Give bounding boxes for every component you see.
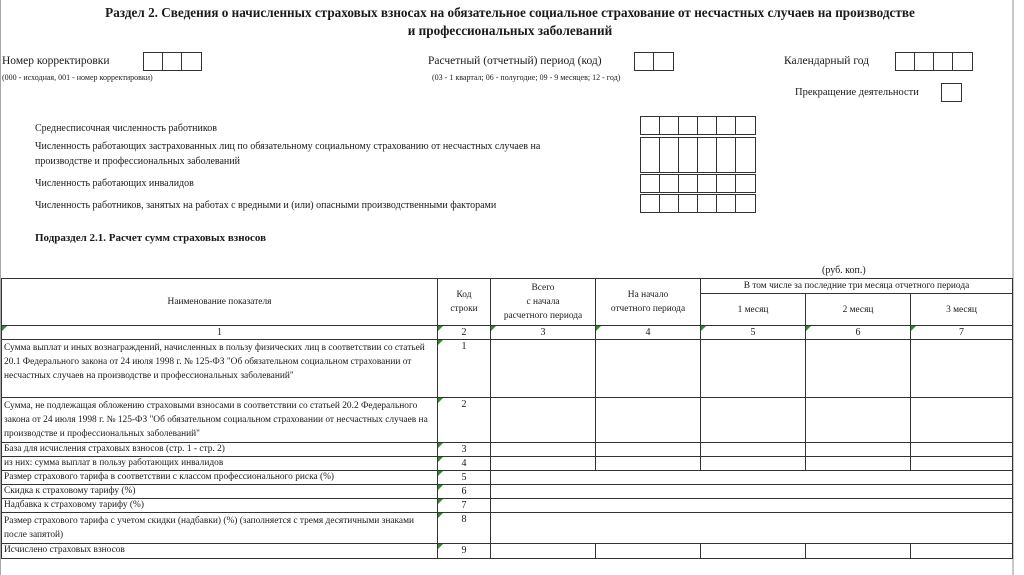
digit-cell[interactable]	[660, 195, 679, 212]
disabled-headcount-label: Численность работающих инвалидов	[35, 176, 194, 191]
insured-headcount-label-line1: Численность работающих застрахованных ли…	[35, 139, 540, 154]
correction-label: Номер корректировки	[2, 55, 110, 67]
row-label: из них: сумма выплат в пользу работающих…	[2, 457, 438, 471]
header-month-2: 2 месяц	[806, 294, 911, 326]
table-row: Сумма, не подлежащая обложению страховым…	[2, 398, 1013, 443]
termination-checkbox[interactable]	[941, 83, 962, 102]
value-cell[interactable]	[596, 398, 701, 443]
table-row: из них: сумма выплат в пользу работающих…	[2, 457, 1013, 471]
header-total: Всего с начала расчетного периода	[491, 279, 596, 326]
avg-headcount-label: Среднесписочная численность работников	[35, 121, 217, 136]
value-cell[interactable]	[806, 340, 911, 398]
section-title: Раздел 2. Сведения о начисленных страхов…	[20, 4, 1000, 40]
header-month-3: 3 месяц	[911, 294, 1013, 326]
value-cell[interactable]	[596, 457, 701, 471]
digit-cell[interactable]	[641, 175, 660, 192]
value-cell-merged[interactable]	[491, 471, 1013, 485]
digit-cell[interactable]	[182, 53, 201, 70]
digit-cell[interactable]	[698, 138, 717, 172]
header-total-line1: Всего	[491, 281, 595, 295]
value-cell[interactable]	[806, 398, 911, 443]
hazardous-headcount-input[interactable]	[640, 194, 756, 213]
digit-cell[interactable]	[641, 138, 660, 172]
digit-cell[interactable]	[717, 117, 736, 134]
value-cell[interactable]	[491, 544, 596, 559]
header-indicator-name: Наименование показателя	[2, 279, 438, 326]
value-cell[interactable]	[806, 457, 911, 471]
value-cell[interactable]	[596, 443, 701, 457]
correction-hint: (000 - исходная, 001 - номер корректиров…	[2, 73, 153, 82]
col-number: 7	[911, 326, 1013, 340]
row-code: 2	[438, 398, 491, 443]
row-code: 6	[438, 485, 491, 499]
avg-headcount-input[interactable]	[640, 116, 756, 135]
digit-cell[interactable]	[679, 175, 698, 192]
col-number: 2	[438, 326, 491, 340]
contributions-table: Наименование показателя Код строки Всего…	[1, 278, 1013, 559]
value-cell[interactable]	[806, 443, 911, 457]
value-cell[interactable]	[596, 340, 701, 398]
subsection-title: Подраздел 2.1. Расчет сумм страховых взн…	[35, 232, 266, 244]
digit-cell[interactable]	[679, 138, 698, 172]
disabled-headcount-input[interactable]	[640, 174, 756, 193]
digit-cell[interactable]	[736, 138, 755, 172]
digit-cell[interactable]	[736, 175, 755, 192]
digit-cell[interactable]	[934, 53, 953, 70]
value-cell[interactable]	[491, 443, 596, 457]
value-cell[interactable]	[701, 457, 806, 471]
digit-cell[interactable]	[736, 117, 755, 134]
value-cell[interactable]	[491, 457, 596, 471]
value-cell-merged[interactable]	[491, 513, 1013, 544]
currency-unit-label: (руб. коп.)	[822, 265, 866, 276]
row-code: 3	[438, 443, 491, 457]
table-row: Надбавка к страховому тарифу (%) 7	[2, 499, 1013, 513]
header-start-line1: На начало	[596, 288, 700, 302]
row-label: Сумма, не подлежащая обложению страховым…	[2, 398, 438, 443]
digit-cell[interactable]	[660, 117, 679, 134]
row-label: Исчислено страховых взносов	[2, 544, 438, 559]
header-code-line2: строки	[438, 302, 490, 316]
digit-cell[interactable]	[698, 195, 717, 212]
year-label: Календарный год	[784, 55, 869, 67]
table-row: Размер страхового тарифа с учетом скидки…	[2, 513, 1013, 544]
digit-cell[interactable]	[717, 195, 736, 212]
digit-cell[interactable]	[679, 195, 698, 212]
header-month-1: 1 месяц	[701, 294, 806, 326]
digit-cell[interactable]	[654, 53, 673, 70]
col-number: 6	[806, 326, 911, 340]
value-cell[interactable]	[911, 398, 1013, 443]
header-last-three-months: В том числе за последние три месяца отче…	[701, 279, 1013, 294]
value-cell[interactable]	[596, 544, 701, 559]
digit-cell[interactable]	[717, 138, 736, 172]
table-row: Сумма выплат и иных вознаграждений, начи…	[2, 340, 1013, 398]
digit-cell[interactable]	[915, 53, 934, 70]
digit-cell[interactable]	[163, 53, 182, 70]
section-title-line2: и профессиональных заболеваний	[20, 22, 1000, 40]
row-label: Сумма выплат и иных вознаграждений, начи…	[2, 340, 438, 398]
value-cell[interactable]	[491, 398, 596, 443]
col-number: 5	[701, 326, 806, 340]
col-number: 1	[2, 326, 438, 340]
value-cell[interactable]	[701, 544, 806, 559]
row-label: Надбавка к страховому тарифу (%)	[2, 499, 438, 513]
row-code: 9	[438, 544, 491, 559]
digit-cell[interactable]	[717, 175, 736, 192]
table-row: Скидка к страховому тарифу (%) 6	[2, 485, 1013, 499]
digit-cell[interactable]	[698, 175, 717, 192]
hazardous-headcount-label: Численность работников, занятых на работ…	[35, 198, 496, 213]
table-row: База для исчисления страховых взносов (с…	[2, 443, 1013, 457]
header-start-line2: отчетного периода	[596, 302, 700, 316]
digit-cell[interactable]	[953, 53, 972, 70]
header-total-line2: с начала	[491, 295, 595, 309]
row-label: Размер страхового тарифа в соответствии …	[2, 471, 438, 485]
digit-cell[interactable]	[660, 175, 679, 192]
header-period-start: На начало отчетного периода	[596, 279, 701, 326]
value-cell[interactable]	[701, 340, 806, 398]
digit-cell[interactable]	[635, 53, 654, 70]
column-number-row: 1 2 3 4 5 6 7	[2, 326, 1013, 340]
col-number: 3	[491, 326, 596, 340]
insured-headcount-label-line2: производстве и профессиональных заболева…	[35, 154, 540, 169]
value-cell[interactable]	[911, 457, 1013, 471]
value-cell[interactable]	[911, 544, 1013, 559]
value-cell-merged[interactable]	[491, 485, 1013, 499]
row-code: 8	[438, 513, 491, 544]
table-row: Размер страхового тарифа в соответствии …	[2, 471, 1013, 485]
value-cell[interactable]	[911, 340, 1013, 398]
digit-cell[interactable]	[896, 53, 915, 70]
flag-cell[interactable]	[942, 84, 961, 101]
digit-cell[interactable]	[144, 53, 163, 70]
termination-label: Прекращение деятельности	[795, 87, 919, 98]
correction-number-input[interactable]	[143, 52, 202, 71]
digit-cell[interactable]	[698, 117, 717, 134]
digit-cell[interactable]	[641, 117, 660, 134]
row-code: 5	[438, 471, 491, 485]
row-label: База для исчисления страховых взносов (с…	[2, 443, 438, 457]
row-code: 7	[438, 499, 491, 513]
period-hint: (03 - 1 квартал; 06 - полугодие; 09 - 9 …	[432, 73, 620, 82]
col-number: 4	[596, 326, 701, 340]
value-cell[interactable]	[701, 443, 806, 457]
digit-cell[interactable]	[641, 195, 660, 212]
row-label: Размер страхового тарифа с учетом скидки…	[2, 513, 438, 544]
row-code: 1	[438, 340, 491, 398]
insured-headcount-label: Численность работающих застрахованных ли…	[35, 139, 540, 169]
period-label: Расчетный (отчетный) период (код)	[428, 55, 602, 67]
digit-cell[interactable]	[736, 195, 755, 212]
section-title-line1: Раздел 2. Сведения о начисленных страхов…	[20, 4, 1000, 22]
insured-headcount-input[interactable]	[640, 137, 756, 173]
table-row: Исчислено страховых взносов 9	[2, 544, 1013, 559]
value-cell[interactable]	[806, 544, 911, 559]
header-line-code: Код строки	[438, 279, 491, 326]
row-code: 4	[438, 457, 491, 471]
calendar-year-input[interactable]	[895, 52, 973, 71]
period-code-input[interactable]	[634, 52, 674, 71]
header-total-line3: расчетного периода	[491, 309, 595, 323]
value-cell[interactable]	[911, 443, 1013, 457]
row-label: Скидка к страховому тарифу (%)	[2, 485, 438, 499]
digit-cell[interactable]	[679, 117, 698, 134]
value-cell[interactable]	[701, 398, 806, 443]
value-cell[interactable]	[491, 340, 596, 398]
digit-cell[interactable]	[660, 138, 679, 172]
value-cell-merged[interactable]	[491, 499, 1013, 513]
header-code-line1: Код	[438, 288, 490, 302]
